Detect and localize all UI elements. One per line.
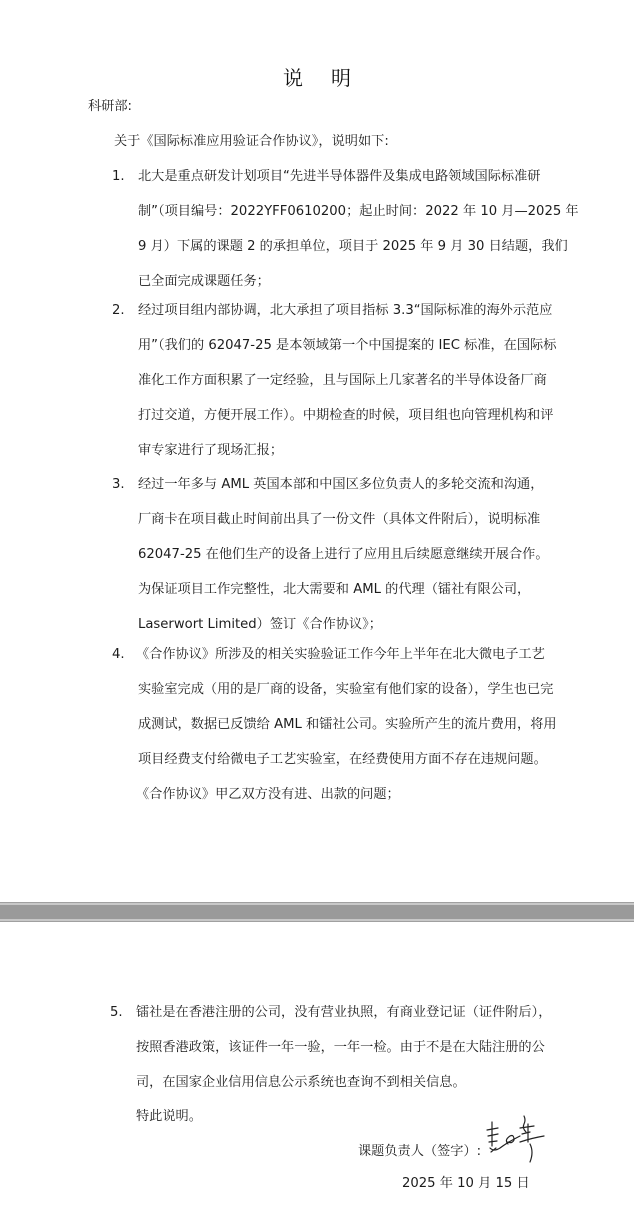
item-number: 2.	[112, 304, 125, 318]
item-line: 司，在国家企业信用信息公示系统也查询不到相关信息。	[136, 1076, 466, 1090]
handwritten-signature-icon	[484, 1112, 554, 1174]
document-date: 2025 年 10 月 15 日	[402, 1177, 530, 1191]
item-number: 4.	[112, 648, 125, 662]
item-line: 准化工作方面积累了一定经验，且与国际上几家著名的半导体设备厂商	[138, 374, 547, 388]
item-number: 5.	[110, 1006, 123, 1020]
closing-text: 特此说明。	[136, 1110, 202, 1124]
item-line: 9 月）下属的课题 2 的承担单位，项目于 2025 年 9 月 30 日结题，…	[138, 240, 568, 254]
item-line: 经过一年多与 AML 英国本部和中国区多位负责人的多轮交流和沟通，	[138, 478, 543, 492]
item-line: 已全面完成课题任务；	[138, 275, 270, 289]
document-page-2	[0, 920, 634, 1224]
item-line: 用”（我们的 62047-25 是本领域第一个中国提案的 IEC 标准，在国际标	[138, 339, 556, 353]
item-line: 厂商卡在项目截止时间前出具了一份文件（具体文件附后），说明标准	[138, 513, 540, 527]
document-title: 说明	[0, 62, 634, 91]
item-line: 经过项目组内部协调，北大承担了项目指标 3.3“国际标准的海外示范应	[138, 304, 552, 318]
title-char-1: 说	[283, 62, 303, 91]
item-number: 3.	[112, 478, 125, 492]
page-separator	[0, 903, 634, 921]
item-line: 打过交道，方便开展工作）。中期检查的时候，项目组也向管理机构和评	[138, 409, 553, 423]
item-line: 为保证项目工作完整性，北大需要和 AML 的代理（镭社有限公司，	[138, 583, 530, 597]
item-number: 1.	[112, 170, 125, 184]
item-line: 制”（项目编号：2022YFF0610200；起止时间：2022 年 10 月—…	[138, 205, 579, 219]
item-line: 北大是重点研发计划项目“先进半导体器件及集成电路领域国际标准研	[138, 170, 540, 184]
addressee: 科研部:	[88, 100, 132, 114]
item-line: Laserwort Limited）签订《合作协议》；	[138, 618, 382, 632]
item-line: 项目经费支付给微电子工艺实验室，在经费使用方面不存在违规问题。	[138, 753, 547, 767]
item-line: 《合作协议》所涉及的相关实验验证工作今年上半年在北大微电子工艺	[136, 648, 545, 662]
item-line: 成测试，数据已反馈给 AML 和镭社公司。实验所产生的流片费用，将用	[138, 718, 557, 732]
item-line: 《合作协议》甲乙双方没有进、出款的问题；	[136, 788, 400, 802]
item-line: 镭社是在香港注册的公司，没有营业执照，有商业登记证（证件附后），	[136, 1006, 551, 1020]
item-line: 按照香港政策，该证件一年一验，一年一检。由于不是在大陆注册的公	[136, 1041, 545, 1055]
intro-paragraph: 关于《国际标准应用验证合作协议》，说明如下:	[114, 135, 389, 149]
item-line: 审专家进行了现场汇报；	[138, 444, 283, 458]
title-char-2: 明	[331, 62, 351, 91]
item-line: 实验室完成（用的是厂商的设备，实验室有他们家的设备），学生也已完	[138, 683, 553, 697]
signature-label: 课题负责人（签字）:	[358, 1145, 481, 1159]
item-line: 62047-25 在他们生产的设备上进行了应用且后续愿意继续开展合作。	[138, 548, 549, 562]
